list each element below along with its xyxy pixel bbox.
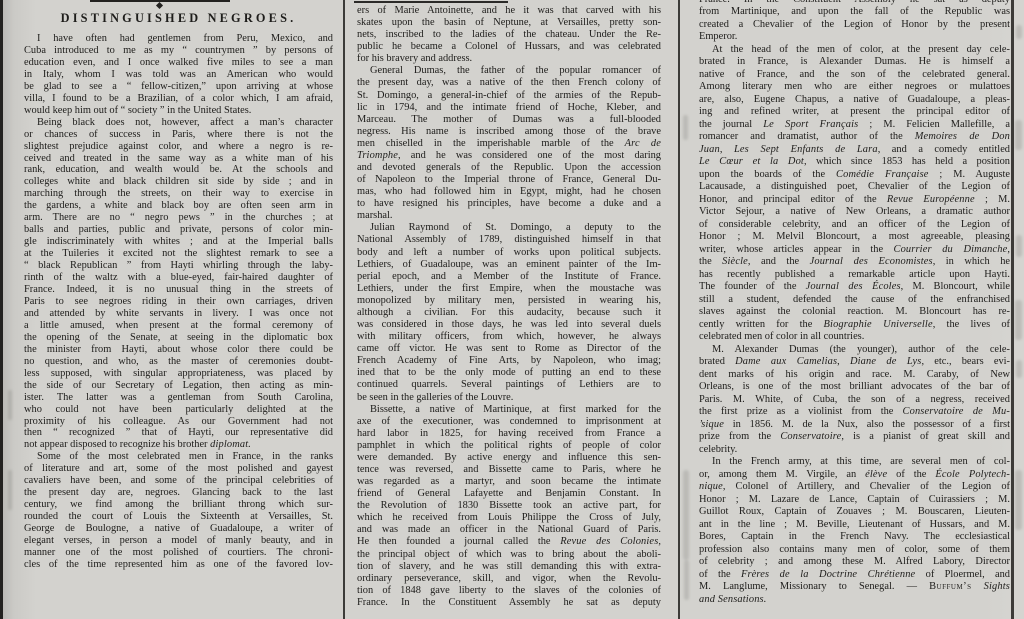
- text-line: marching through the streets, on their w…: [24, 188, 333, 200]
- text-line: He then founded a journal called the Rev…: [357, 536, 661, 548]
- text-line: was regarded as a martyr, and soon becam…: [357, 476, 661, 488]
- text-line: was considered in those days, he was led…: [357, 319, 661, 331]
- text-line: Emperor.: [699, 31, 1010, 44]
- text-line: the Siècle, and the Journal des Economis…: [699, 256, 1010, 269]
- text-line: pamphlet in which the political rights o…: [357, 440, 661, 452]
- text-line: villa, I found to be a Brazilian, of a c…: [24, 93, 333, 105]
- text-line: perial epoch, and a Member of the Instit…: [357, 271, 661, 283]
- text-line: cavaliers have been, and some of the pri…: [24, 475, 333, 487]
- text-line: slaves against the colonial reaction. M.…: [699, 306, 1010, 319]
- text-line: the present day are, negroes. Glancing b…: [24, 487, 333, 499]
- text-line: romancer and dramatist, author of the Me…: [699, 131, 1010, 144]
- text-line: came off victor. He was sent to Rome as …: [357, 343, 661, 355]
- text-line: in Italy, whom I was told was an America…: [24, 69, 333, 81]
- text-line: Lethiers, of Guadaloupe, was an eminent …: [357, 259, 661, 271]
- text-line: nets, inscribed to the ladies of the cha…: [357, 29, 661, 41]
- text-line: the gardens, a white and black boy are o…: [24, 200, 333, 212]
- ornament-diamond-icon: [156, 2, 163, 9]
- text-line: tion of 1848 gave liberty to the slaves …: [357, 585, 661, 597]
- text-line: ister. The latter was a gentleman from S…: [24, 392, 333, 404]
- text-column-2: ers of Marie Antoinette, and he it was t…: [357, 0, 661, 609]
- text-line: hard labor in 1825, for having received …: [357, 428, 661, 440]
- text-column-1: DISTINGUISHED NEGROES.I have often had g…: [24, 0, 333, 571]
- text-line: for his bravery and address.: [357, 53, 661, 65]
- text-line: at the Tuileries it excited not the slig…: [24, 248, 333, 260]
- magazine-page-scan: DISTINGUISHED NEGROES.I have often had g…: [0, 0, 1024, 619]
- page-edge-rule: [1011, 0, 1014, 619]
- text-line: George de Boulogne, a native of Guadalou…: [24, 523, 333, 535]
- text-line: M. Langlume, Missionary to Senegal. — Bu…: [699, 581, 1010, 594]
- text-line: the side of our Secretary of Legation, t…: [24, 380, 333, 392]
- text-line: has recently published a remarkable arti…: [699, 269, 1010, 282]
- text-line: skates upon the basin of Neptune, at Ver…: [357, 17, 661, 29]
- text-line: public he became a Colonel of Hussars, a…: [357, 41, 661, 53]
- text-line: The founder of the Journal des Écoles, M…: [699, 281, 1010, 294]
- text-line: Lacausade, a distinguished poet, Chevali…: [699, 181, 1010, 194]
- scan-noise: [1015, 470, 1022, 530]
- text-line: negress. His name is inscribed among tho…: [357, 126, 661, 138]
- text-line: were demanded. By active energy and infl…: [357, 452, 661, 464]
- text-line: the opening of the Senate, at seeing in …: [24, 332, 333, 344]
- text-line: At the head of the men of color, at the …: [699, 44, 1010, 57]
- text-line: Among literary men who are either negroe…: [699, 81, 1010, 94]
- paragraph: Some of the most celebrated men in Franc…: [24, 451, 333, 571]
- text-line: monopolized by military men, persisted i…: [357, 295, 661, 307]
- text-line: rank, education, and wealth would be. At…: [24, 164, 333, 176]
- heading-ornament: [24, 0, 333, 9]
- text-line: celebrity.: [699, 444, 1010, 457]
- text-line: Honor, and principal editor of the Revue…: [699, 194, 1010, 207]
- text-line: education even, and I once walked five m…: [24, 57, 333, 69]
- scan-noise: [1016, 235, 1022, 257]
- text-line: “ black Republican ” from Hayti whirling…: [24, 260, 333, 272]
- text-line: Bissette, a native of Martinique, at fir…: [357, 404, 661, 416]
- text-line: from Martinique, and upon the fall of th…: [699, 6, 1010, 19]
- paragraph: Julian Raymond of St. Domingo, a deputy …: [357, 222, 661, 403]
- text-line: M. Alexander Dumas (the younger), author…: [699, 344, 1010, 357]
- text-line: Some of the most celebrated men in Franc…: [24, 451, 333, 463]
- paragraph: from Martinique, and upon the fall of th…: [699, 6, 1010, 44]
- text-line: are, also, Eugene Chapus, a native of Gu…: [699, 94, 1010, 107]
- paragraph: ers of Marie Antoinette, and he it was t…: [357, 5, 661, 65]
- text-line: or, among them M. Virgile, an élève of t…: [699, 469, 1010, 482]
- text-line: Le Cœur et la Dot, which since 1853 has …: [699, 156, 1010, 169]
- text-line: I have often had gentlemen from Peru, Me…: [24, 33, 333, 45]
- column-divider-rule: [343, 0, 345, 619]
- paragraph: At the head of the men of color, at the …: [699, 44, 1010, 344]
- text-line: Marceau. The mother of Dumas was a full-…: [357, 114, 661, 126]
- paragraph: Bissette, a native of Martinique, at fir…: [357, 404, 661, 609]
- text-line: of considerable celebrity, and an office…: [699, 219, 1010, 232]
- article-title: DISTINGUISHED NEGROES.: [24, 11, 333, 25]
- text-line: men chiselled in the imperishable marble…: [357, 138, 661, 150]
- text-line: celebrated men of color in all countries…: [699, 331, 1010, 344]
- paragraph: M. Alexander Dumas (the younger), author…: [699, 344, 1010, 457]
- text-line: lic in 1794, and the intimate friend of …: [357, 102, 661, 114]
- text-line: tion of slavery, and he was still demand…: [357, 561, 661, 573]
- text-line: would keep him out of “ society ” in the…: [24, 105, 333, 117]
- text-line: manner one of the most polished of court…: [24, 547, 333, 559]
- text-line: brated in France, is Alexander Dumas. He…: [699, 56, 1010, 69]
- scan-noise: [683, 115, 688, 140]
- text-line: Lethiers, under the first Empire, when t…: [357, 283, 661, 295]
- text-line: continued quarrels. Several paintings of…: [357, 379, 661, 391]
- text-line: although a civilian. For this audacity, …: [357, 307, 661, 319]
- text-line: gle indiscriminately with whites ; and a…: [24, 236, 333, 248]
- text-line: the minister from Hayti, about whose col…: [24, 344, 333, 356]
- text-line: of the Frères de la Doctrine Chrétienne …: [699, 569, 1010, 582]
- paragraph: Being black does not, however, affect a …: [24, 117, 333, 452]
- text-line: In the French army, at this time, are se…: [699, 456, 1010, 469]
- scan-noise: [684, 560, 689, 600]
- text-line: the principal object of which was to bri…: [357, 549, 661, 561]
- text-line: Julian Raymond of St. Domingo, a deputy …: [357, 222, 661, 234]
- text-line: native of France, and the son of the cel…: [699, 69, 1010, 82]
- scan-noise: [1015, 120, 1022, 150]
- text-line: ’sique in 1856. M. de la Nux, also the p…: [699, 419, 1010, 432]
- text-line: no question, and who, as the master of c…: [24, 356, 333, 368]
- text-line: the Revolution of 1830 Bissette took an …: [357, 500, 661, 512]
- text-line: body and left a number of works upon pol…: [357, 247, 661, 259]
- text-line: be seen in the galleries of the Louvre.: [357, 392, 661, 404]
- text-line: France. Indeed, it is no unusual thing i…: [24, 284, 333, 296]
- text-line: Victor Sejour, a native of New Orleans, …: [699, 206, 1010, 219]
- text-line: Guillot Roux, Captain of Zouaves ; M. Bo…: [699, 506, 1010, 519]
- text-line: then “ recognized ” that of Hayti, our r…: [24, 427, 333, 439]
- text-line: elegant verses, in person a model of man…: [24, 535, 333, 547]
- text-line: Paris. M. White, of Cuba, the son of a n…: [699, 394, 1010, 407]
- text-line: ers of Marie Antoinette, and he it was t…: [357, 5, 661, 17]
- scan-noise: [1015, 300, 1022, 340]
- text-line: Honor ; M. Melvil Bloncourt, a most agre…: [699, 231, 1010, 244]
- text-line: who could not have been particularly del…: [24, 404, 333, 416]
- column-divider-rule: [678, 0, 680, 619]
- text-line: ant in the line ; M. Beville, Lieutenant…: [699, 519, 1010, 532]
- text-line: the journal Le Sport Français ; M. Felic…: [699, 119, 1010, 132]
- text-line: proximity of his colleague. As our Gover…: [24, 416, 333, 428]
- text-line: St. Domingo, a general-in-chief of the a…: [357, 90, 661, 102]
- text-line: the first prize as a violinist from the …: [699, 406, 1010, 419]
- text-line: France. In the Constituent Assembly he s…: [357, 597, 661, 609]
- text-line: ined that to be the only mode of putting…: [357, 367, 661, 379]
- scan-noise: [8, 470, 12, 510]
- page-edge-shadow: [0, 0, 3, 619]
- text-line: Being black does not, however, affect a …: [24, 117, 333, 129]
- text-line: cently written for the Biographie Univer…: [699, 319, 1010, 332]
- text-line: balls and parties, public and private, p…: [24, 224, 333, 236]
- text-line: General Dumas, the father of the popular…: [357, 65, 661, 77]
- text-line: French Academy of Fine Arts, by Napoleon…: [357, 355, 661, 367]
- text-line: a little amused, when present at the for…: [24, 320, 333, 332]
- text-line: ceived and treated in the same way as a …: [24, 153, 333, 165]
- text-line: of literature and art, some of the most …: [24, 463, 333, 475]
- text-line: marshal.: [357, 210, 661, 222]
- text-line: Triomphe, and he was considered one of t…: [357, 150, 661, 162]
- text-line: upon the boards of the Comédie Française…: [699, 169, 1010, 182]
- text-line: colleges white and black children sit si…: [24, 176, 333, 188]
- scan-noise: [8, 390, 12, 420]
- text-line: with military officers, from which, howe…: [357, 331, 661, 343]
- text-line: which he received from Louis Philippe th…: [357, 512, 661, 524]
- text-line: Bores, Captain in the French Navy. The e…: [699, 531, 1010, 544]
- text-line: writer, whose articles appear in the Cou…: [699, 244, 1010, 257]
- text-line: cles of the time represented him as one …: [24, 559, 333, 571]
- text-line: be glad to see a “ fellow-citizen,” upon…: [24, 81, 333, 93]
- text-line: less supposed, with singular appropriate…: [24, 368, 333, 380]
- text-line: arm. There are no “ negro pews ” in the …: [24, 212, 333, 224]
- cropped-rule-fragment: [354, 1, 508, 3]
- text-line: to have resigned his principles, have be…: [357, 198, 661, 210]
- text-line: and devoted generals of the Republic. Up…: [357, 162, 661, 174]
- paragraph: General Dumas, the father of the popular…: [357, 65, 661, 222]
- text-line: nique, Colonel of Artillery, and Chevali…: [699, 481, 1010, 494]
- text-line: ing and refined writer, at present the p…: [699, 106, 1010, 119]
- text-line: brated Dame aux Camelias, Diane de Lys, …: [699, 356, 1010, 369]
- text-line: tence was reversed, and Bissette came to…: [357, 464, 661, 476]
- text-line: created a Chevalier of the Legion of Hon…: [699, 19, 1010, 32]
- text-line: mas, who had followed him in Egypt, migh…: [357, 186, 661, 198]
- paragraph: I have often had gentlemen from Peru, Me…: [24, 33, 333, 117]
- text-line: not appear disposed to recognize his bro…: [24, 439, 333, 451]
- text-line: prize from the Conservatoire, is a piani…: [699, 431, 1010, 444]
- scan-noise: [1016, 25, 1022, 39]
- text-line: slightest prejudice against color, and w…: [24, 141, 333, 153]
- text-line: dent marks of his origin and race. M. Ca…: [699, 369, 1010, 382]
- paragraph: In the French army, at this time, are se…: [699, 456, 1010, 606]
- text-line: Honor ; M. Lazare de Lance, Captain of C…: [699, 494, 1010, 507]
- scan-noise: [1016, 360, 1022, 378]
- text-line: and attended by white servants in livery…: [24, 308, 333, 320]
- scan-noise: [683, 470, 689, 560]
- text-line: rounded the court of Louis the Sixteenth…: [24, 511, 333, 523]
- text-line: profession also contains many men of col…: [699, 544, 1010, 557]
- text-line: or chances of success in Paris, where th…: [24, 129, 333, 141]
- text-line: Orleans, is one of the most brilliant ad…: [699, 381, 1010, 394]
- text-line: the present day, was a native of the the…: [357, 77, 661, 89]
- text-line: Cuba introduced to me as my “ countrymen…: [24, 45, 333, 57]
- text-line: of celebrity ; and among these M. Alfred…: [699, 556, 1010, 569]
- text-line: Juan, Les Sept Enfants de Lara, and a co…: [699, 144, 1010, 157]
- text-line: still a student, defended the cause of t…: [699, 294, 1010, 307]
- text-line: National Assembly of 1789, distinguished…: [357, 234, 661, 246]
- text-line: of Napoleon to the Imperial throne of Fr…: [357, 174, 661, 186]
- text-line: century, we find among the brilliant thr…: [24, 499, 333, 511]
- text-line: and was made an officer in the National …: [357, 524, 661, 536]
- text-line: rinth of the waltz with a blue-eyed, fai…: [24, 272, 333, 284]
- text-column-3: France. In the Constituent Assembly he s…: [699, 0, 1010, 606]
- text-line: ordinary perseverance, skill, and vigor,…: [357, 573, 661, 585]
- text-line: axe of the executioner, was condemned to…: [357, 416, 661, 428]
- text-line: and Sensations.: [699, 594, 1010, 607]
- text-line: friend of General Lafayette and Benjamin…: [357, 488, 661, 500]
- text-line: Paris to see negroes riding in their own…: [24, 296, 333, 308]
